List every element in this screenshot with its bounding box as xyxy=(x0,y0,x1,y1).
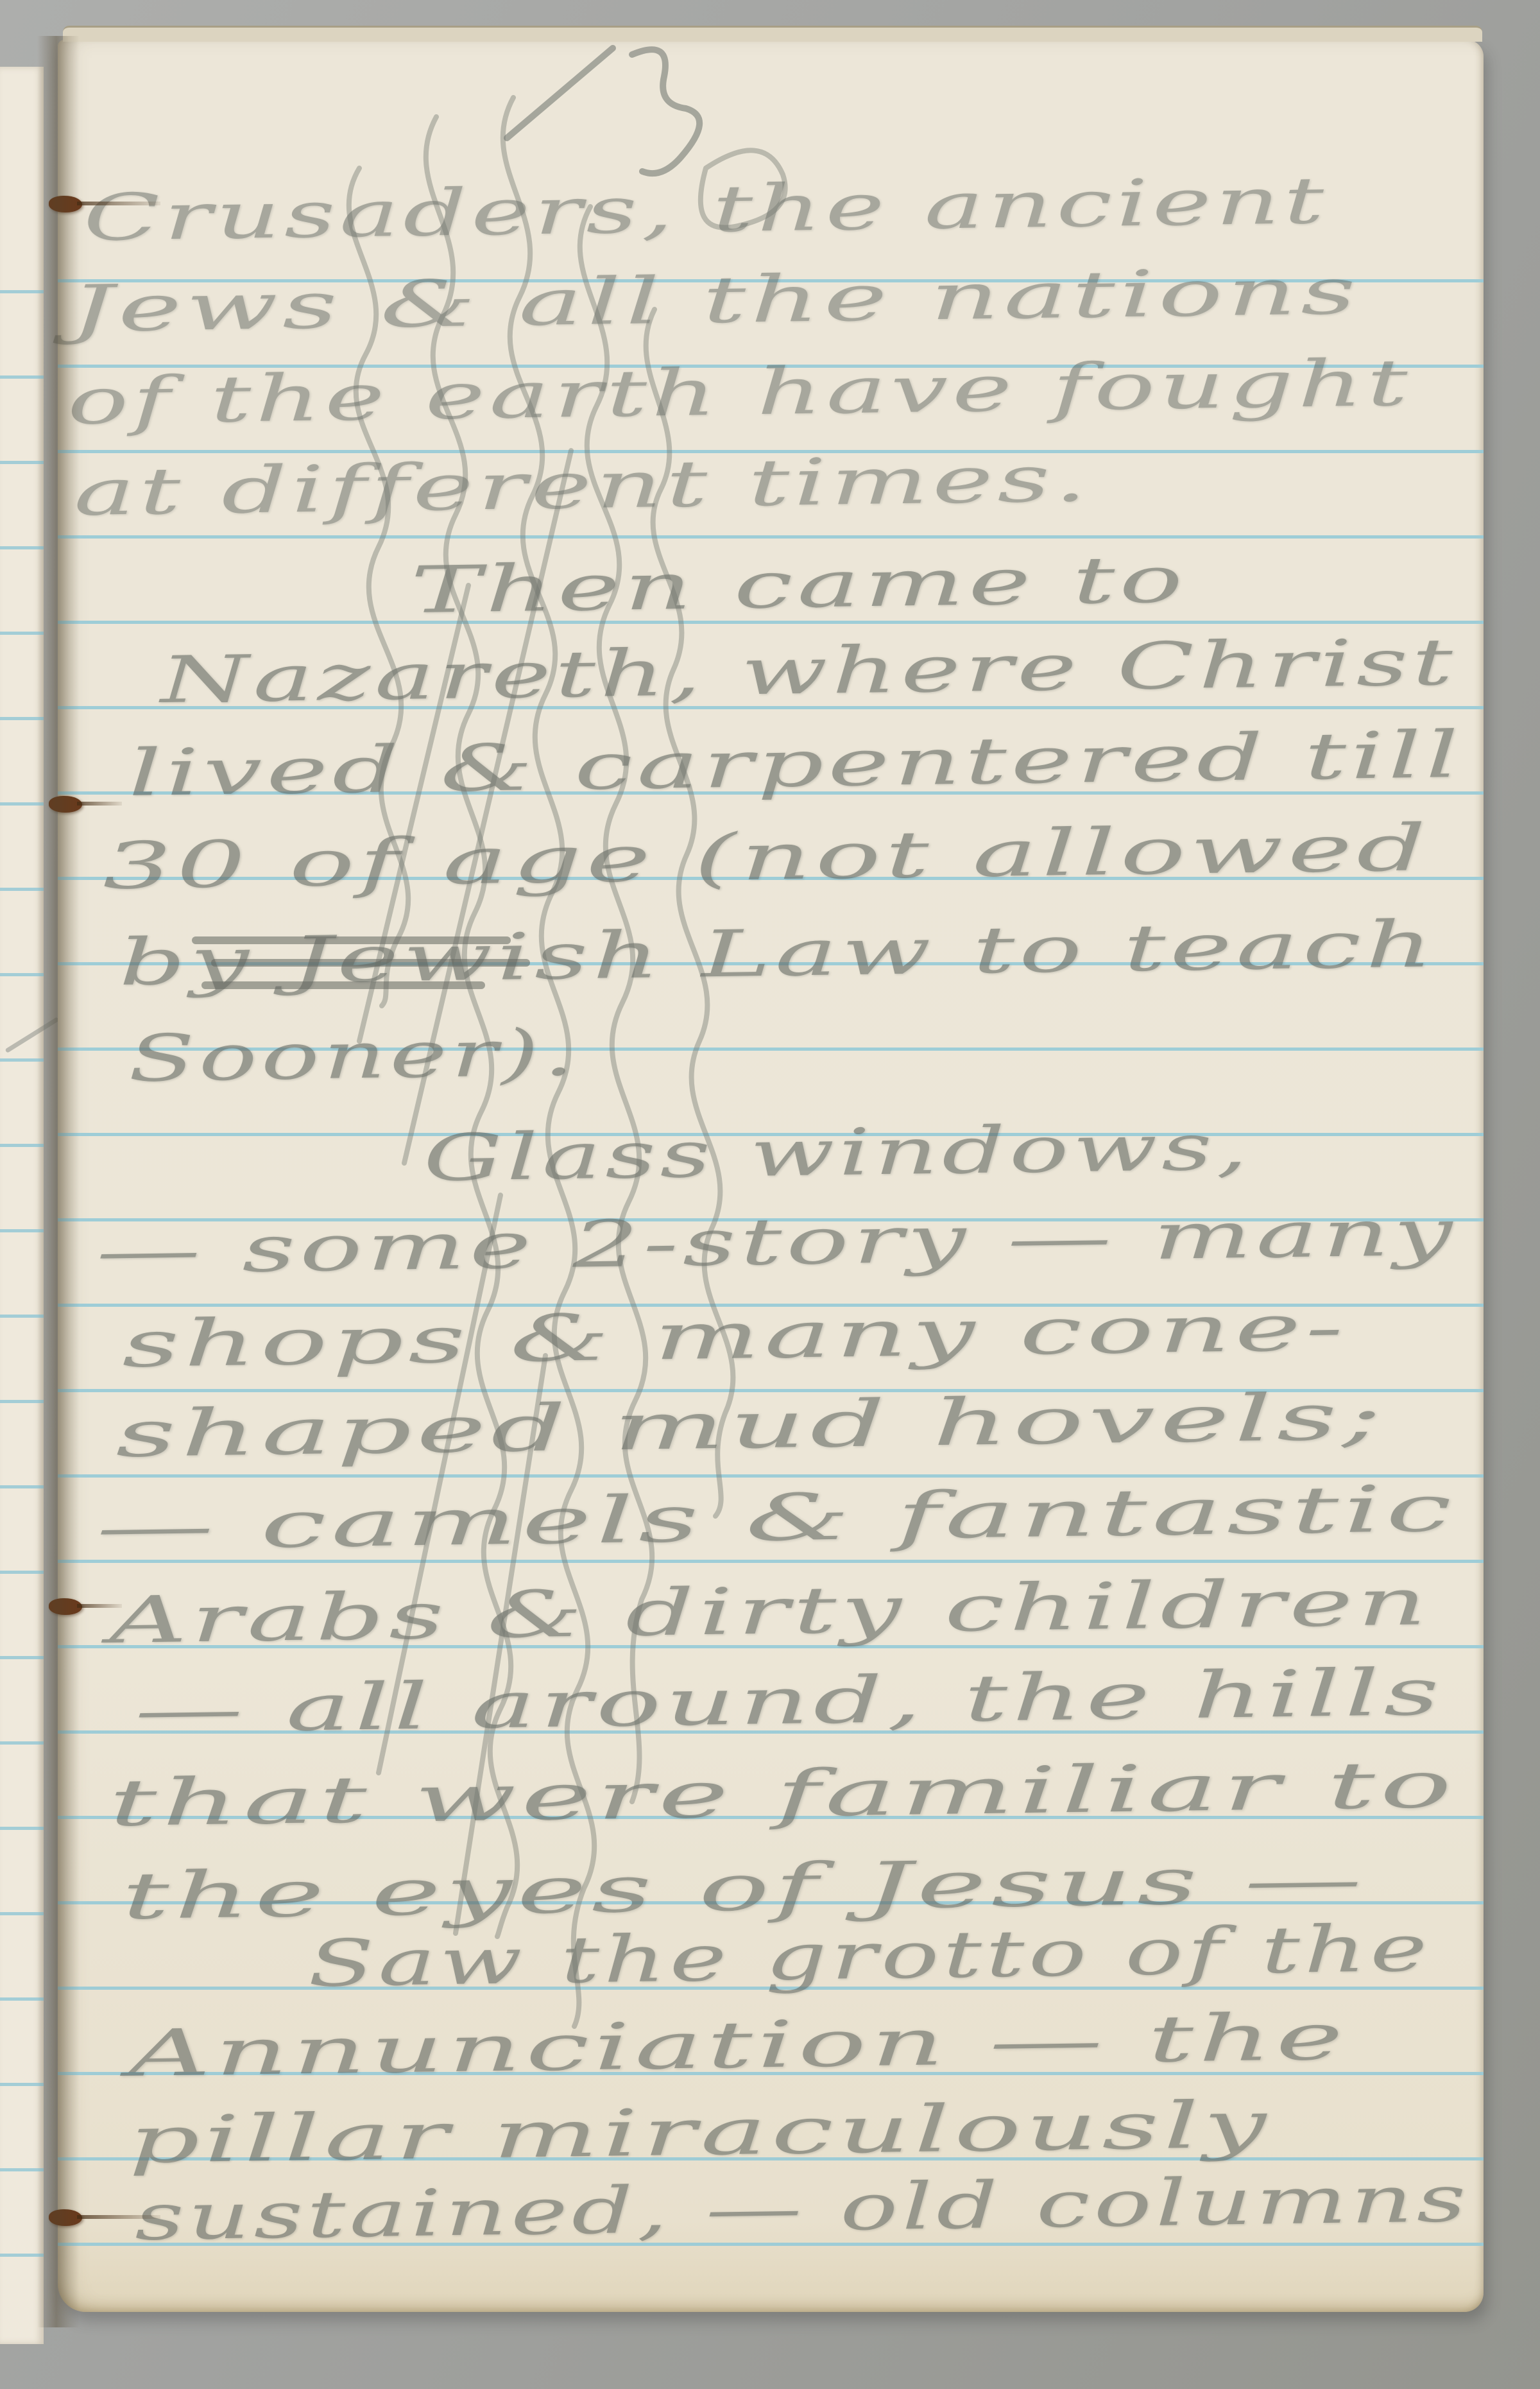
manuscript-line: Annunciation — the xyxy=(128,2005,1347,2086)
manuscript-line: Sooner). xyxy=(128,1021,578,1091)
manuscript-line: Saw the grotto of the xyxy=(307,1917,1432,1996)
manuscript-line: at different times. xyxy=(73,447,1091,525)
manuscript-line: — camels & fantastic xyxy=(96,1476,1457,1560)
manuscript-line: pillar miraculously xyxy=(128,2092,1271,2173)
manuscript-line: Glass windows, xyxy=(423,1115,1252,1191)
manuscript-line: that were familiar to xyxy=(108,1753,1457,1836)
notebook-page: Crusaders, the ancient Jews & all the na… xyxy=(58,40,1484,2312)
scanned-notebook-photo: { "document": { "kind": "handwritten dia… xyxy=(0,0,1540,2389)
manuscript-line: Jews & all the nations xyxy=(70,259,1360,341)
manuscript-line: of the earth have fought xyxy=(67,351,1412,434)
manuscript-line: Arabs & dirty children xyxy=(108,1570,1431,1653)
binding-gutter-shadow xyxy=(37,36,80,2327)
manuscript-line: shops & many cone- xyxy=(121,1295,1347,1377)
manuscript-line: Nazareth, where Christ xyxy=(160,630,1457,712)
manuscript-line: Crusaders, the ancient xyxy=(83,169,1328,250)
manuscript-line: — all around, the hills xyxy=(134,1660,1444,1743)
manuscript-line: — some 2-story — many xyxy=(96,1200,1457,1284)
manuscript-line: 30 of age (not allowed xyxy=(102,816,1431,899)
manuscript-line: lived & carpentered till xyxy=(128,723,1463,806)
manuscript-line: sustained, — old columns xyxy=(134,2167,1470,2250)
manuscript-line: by Jewish Law to teach xyxy=(118,912,1437,995)
manuscript-line: shaped mud hovels; xyxy=(115,1384,1387,1467)
page-number-mark xyxy=(507,48,699,173)
manuscript-line: Then came to xyxy=(410,548,1187,623)
